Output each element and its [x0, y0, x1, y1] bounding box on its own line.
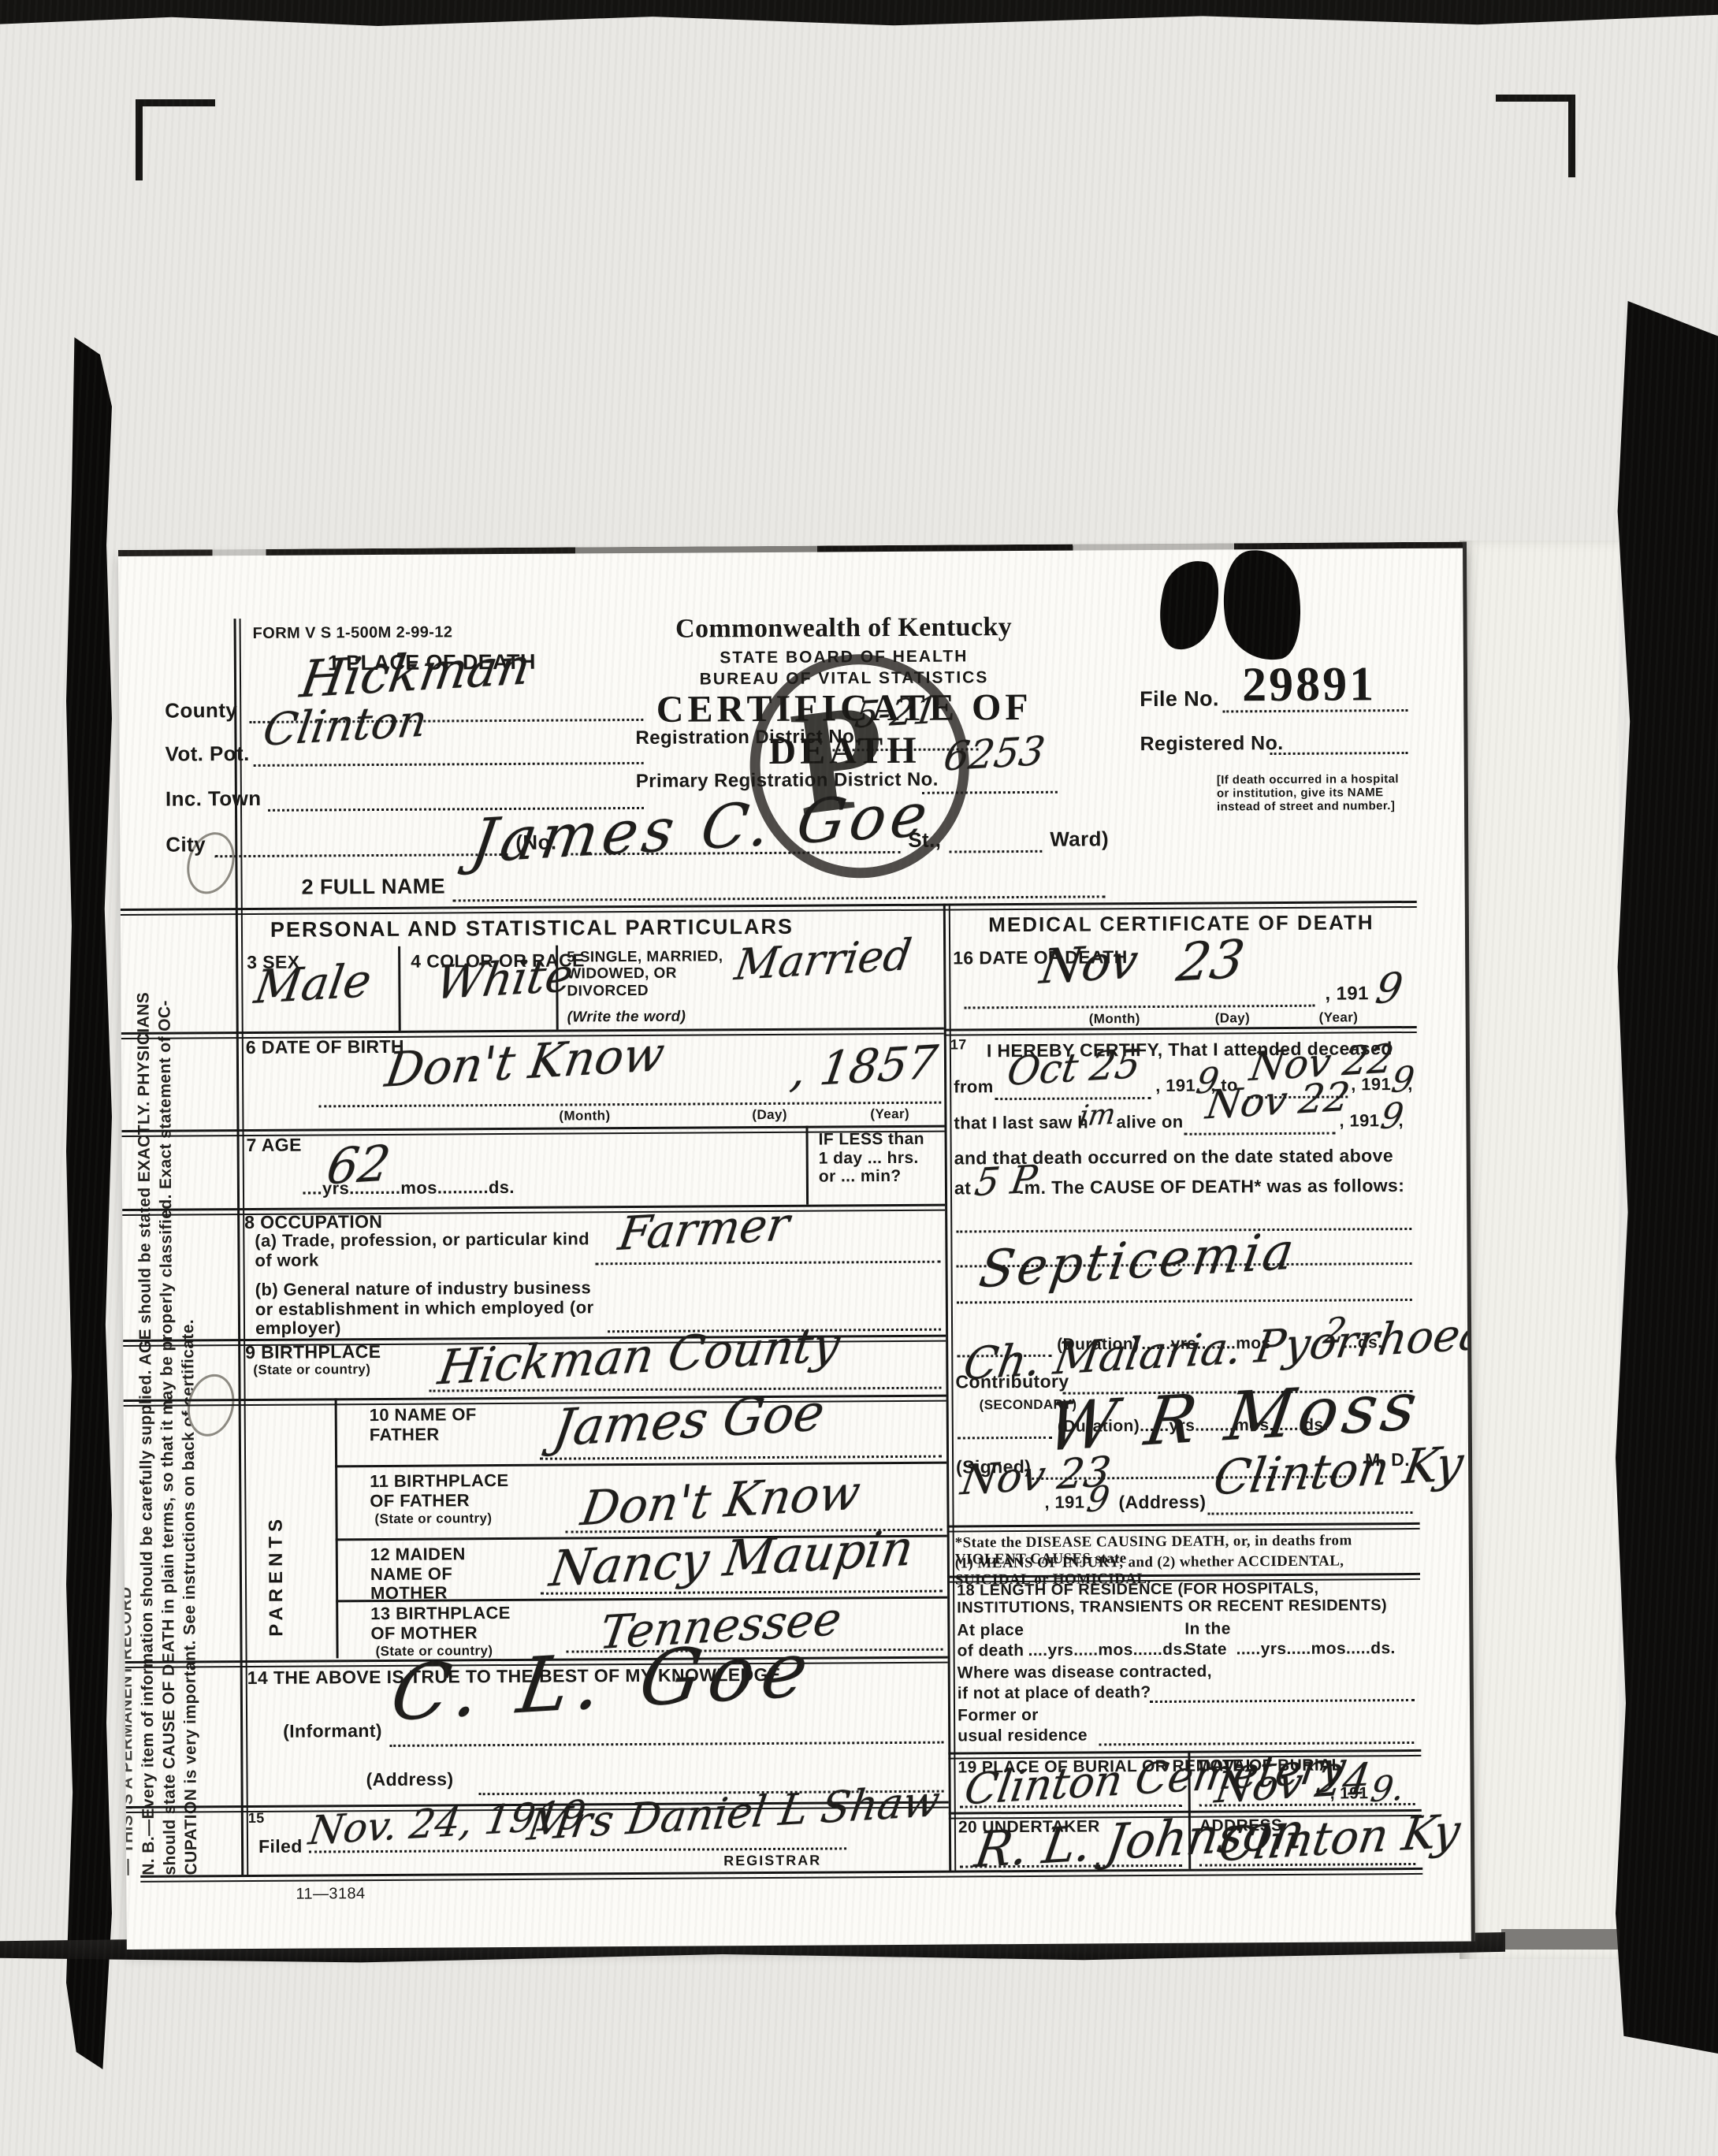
file-no-label: File No.	[1140, 686, 1219, 711]
father-value: James Goe	[549, 1384, 828, 1459]
contracted-line-2: if not at place of death?	[958, 1683, 1151, 1703]
filed-label: Filed	[258, 1837, 303, 1857]
mother-label: 12 MAIDEN NAME OF MOTHER	[370, 1545, 520, 1604]
item17: 17	[950, 1036, 967, 1052]
footnote-top-rule	[947, 1522, 1420, 1533]
age-units: ....yrs..........mos..........ds.	[302, 1178, 515, 1199]
dod-line	[965, 1005, 1315, 1009]
informant-label: (Informant)	[283, 1721, 382, 1742]
cause-line-3	[957, 1299, 1412, 1304]
registered-no-label: Registered No.	[1140, 732, 1283, 755]
scan-bottom-streak-right	[1501, 1929, 1619, 1950]
residence-units-2: .....yrs.....mos.....ds.	[1236, 1639, 1395, 1659]
dod-month-label: (Month)	[1089, 1011, 1140, 1026]
sex-value: Male	[251, 953, 375, 1014]
last-saw-value: Nov 22	[1203, 1073, 1353, 1128]
city-st-line	[949, 850, 1042, 853]
dod-year-printed: , 191	[1325, 983, 1369, 1005]
file-no-value: 29891	[1242, 657, 1376, 712]
registrar-label: REGISTRAR	[723, 1853, 821, 1869]
former-line-1: Former or	[958, 1706, 1039, 1725]
dod-month: Nov	[1036, 934, 1141, 995]
city-ward-label: Ward)	[1050, 827, 1109, 851]
ink-blot-1	[1151, 554, 1227, 656]
registered-no-line	[1270, 752, 1408, 755]
parents-label: PARENTS	[266, 1448, 288, 1637]
contributory-label: Contributory	[955, 1372, 1069, 1393]
burial-year-printed: , 191	[1330, 1784, 1369, 1803]
signed-date-year-printed: , 191	[1044, 1493, 1084, 1513]
registrar-value: Mrs Daniel L Shaw	[524, 1776, 943, 1850]
marital-value: Married	[731, 930, 914, 991]
age-box-divider	[805, 1126, 809, 1205]
dob-line	[318, 1102, 941, 1108]
dod-row-rule	[944, 1026, 1417, 1036]
from-label: from	[954, 1077, 994, 1097]
mother-bp-label: 13 BIRTHPLACE OF MOTHER	[370, 1604, 512, 1643]
contracted-line-1: Where was disease contracted,	[958, 1663, 1212, 1682]
former-dots	[1099, 1742, 1414, 1745]
in-the-label: In the	[1184, 1619, 1231, 1638]
father-line	[540, 1455, 942, 1460]
age-label: 7 AGE	[247, 1136, 302, 1156]
parents-divider	[335, 1398, 339, 1658]
to-comma: ,	[1407, 1075, 1413, 1095]
marital-hint: (Write the word)	[567, 1009, 686, 1026]
residence-units-1: ....yrs.....mos......ds.	[1028, 1641, 1187, 1660]
dob-year-label: (Year)	[870, 1106, 909, 1121]
corner-mark-top-left	[136, 99, 215, 180]
last-saw-comma: ,	[1398, 1111, 1404, 1131]
duration2-lead-dots	[958, 1437, 1052, 1440]
last-saw-line	[1184, 1132, 1336, 1136]
alive-label: alive on	[1116, 1113, 1183, 1132]
city-line	[214, 853, 508, 857]
hospital-note: [If death occurred in a hospital or inst…	[1217, 772, 1404, 813]
father-bp-hint: (State or country)	[374, 1511, 492, 1526]
father-label: 10 NAME OF FATHER	[370, 1405, 496, 1444]
commonwealth-title: Commonwealth of Kentucky	[623, 612, 1065, 645]
last-saw-label: that I last saw h	[954, 1113, 1088, 1133]
death-certificate: — THIS IS A PERMANENT RECORD N. B.—Every…	[118, 542, 1475, 1950]
to-year-printed: , 191	[1351, 1075, 1391, 1095]
residence-label: 18 LENGTH OF RESIDENCE (FOR HOSPITALS, I…	[957, 1579, 1418, 1617]
last-saw-year-printed: , 191	[1339, 1111, 1379, 1131]
occupation-b-label: (b) General nature of industry business …	[255, 1278, 610, 1339]
dod-year-hw: 9	[1373, 965, 1406, 1014]
dod-day: 23	[1173, 928, 1248, 994]
full-name-line	[453, 895, 1106, 901]
of-death-label: of death	[957, 1641, 1024, 1660]
scanned-page: — THIS IS A PERMANENT RECORD N. B.—Every…	[0, 0, 1718, 2156]
plate-number: 11—3184	[296, 1885, 365, 1903]
dod-year-label: (Year)	[1319, 1009, 1359, 1024]
from-value: Oct 25	[1004, 1041, 1143, 1095]
marital-label: 5 SINGLE, MARRIED, WIDOWED, OR DIVORCED	[567, 948, 724, 999]
state-label: State	[1184, 1640, 1227, 1659]
inc-town-label: Inc. Town	[165, 787, 262, 811]
signed-address-label: (Address)	[1118, 1492, 1206, 1513]
binder-strip-right	[1616, 301, 1718, 2054]
item15: 15	[248, 1810, 265, 1826]
corner-mark-top-right	[1496, 95, 1575, 177]
from-year-printed: , 191	[1155, 1076, 1196, 1096]
vot-pot-value: Clinton	[260, 695, 431, 756]
occupation-a-line	[596, 1261, 941, 1266]
dob-day-label: (Day)	[752, 1107, 787, 1122]
occupation-a-label: (a) Trade, profession, or particular kin…	[255, 1229, 593, 1270]
cause-intro: .m. The CAUSE OF DEATH* was as follows:	[1019, 1176, 1417, 1199]
birthplace-hint: (State or country)	[253, 1362, 370, 1377]
former-line-2: usual residence	[958, 1727, 1088, 1746]
at-place-label: At place	[957, 1621, 1024, 1640]
to-year-hw: 9	[1389, 1059, 1417, 1101]
scan-top-band	[0, 0, 1718, 27]
county-label: County	[165, 699, 237, 723]
dob-year: , 1857	[787, 1035, 941, 1098]
him-hw: im	[1077, 1098, 1118, 1132]
at-label: at	[954, 1178, 971, 1199]
right-section-title: MEDICAL CERTIFICATE OF DEATH	[948, 911, 1415, 937]
dob-month-label: (Month)	[559, 1108, 610, 1123]
binder-strip-left	[66, 337, 112, 2069]
full-name-label: 2 FULL NAME	[302, 874, 446, 898]
dod-day-label: (Day)	[1215, 1010, 1251, 1025]
contracted-dots	[1150, 1699, 1415, 1703]
father-bp-label: 11 BIRTHPLACE OF FATHER	[370, 1471, 511, 1511]
signed-address-line	[1207, 1511, 1412, 1515]
informant-line	[389, 1742, 943, 1747]
ink-blot-2	[1215, 544, 1310, 667]
vot-pot-line	[254, 762, 644, 767]
birthplace-label: 9 BIRTHPLACE	[245, 1342, 381, 1363]
dob-label: 6 DATE OF BIRTH	[246, 1037, 404, 1058]
informant-address-label: (Address)	[366, 1769, 453, 1790]
from-line	[995, 1097, 1151, 1100]
occupation-a-value: Farmer	[615, 1197, 794, 1261]
city-label: City	[165, 833, 206, 856]
sex-cell-divider	[398, 946, 401, 1031]
color-value: White	[433, 948, 577, 1010]
vot-pot-label: Vot. Pot.	[165, 742, 249, 766]
if-less-label: IF LESS than 1 day ... hrs. or ... min?	[819, 1130, 939, 1186]
cause-value: Septicemia	[976, 1222, 1301, 1299]
form-code: FORM V S 1-500M 2-99-12	[253, 623, 453, 642]
backing-sheet-right	[1460, 541, 1619, 1959]
